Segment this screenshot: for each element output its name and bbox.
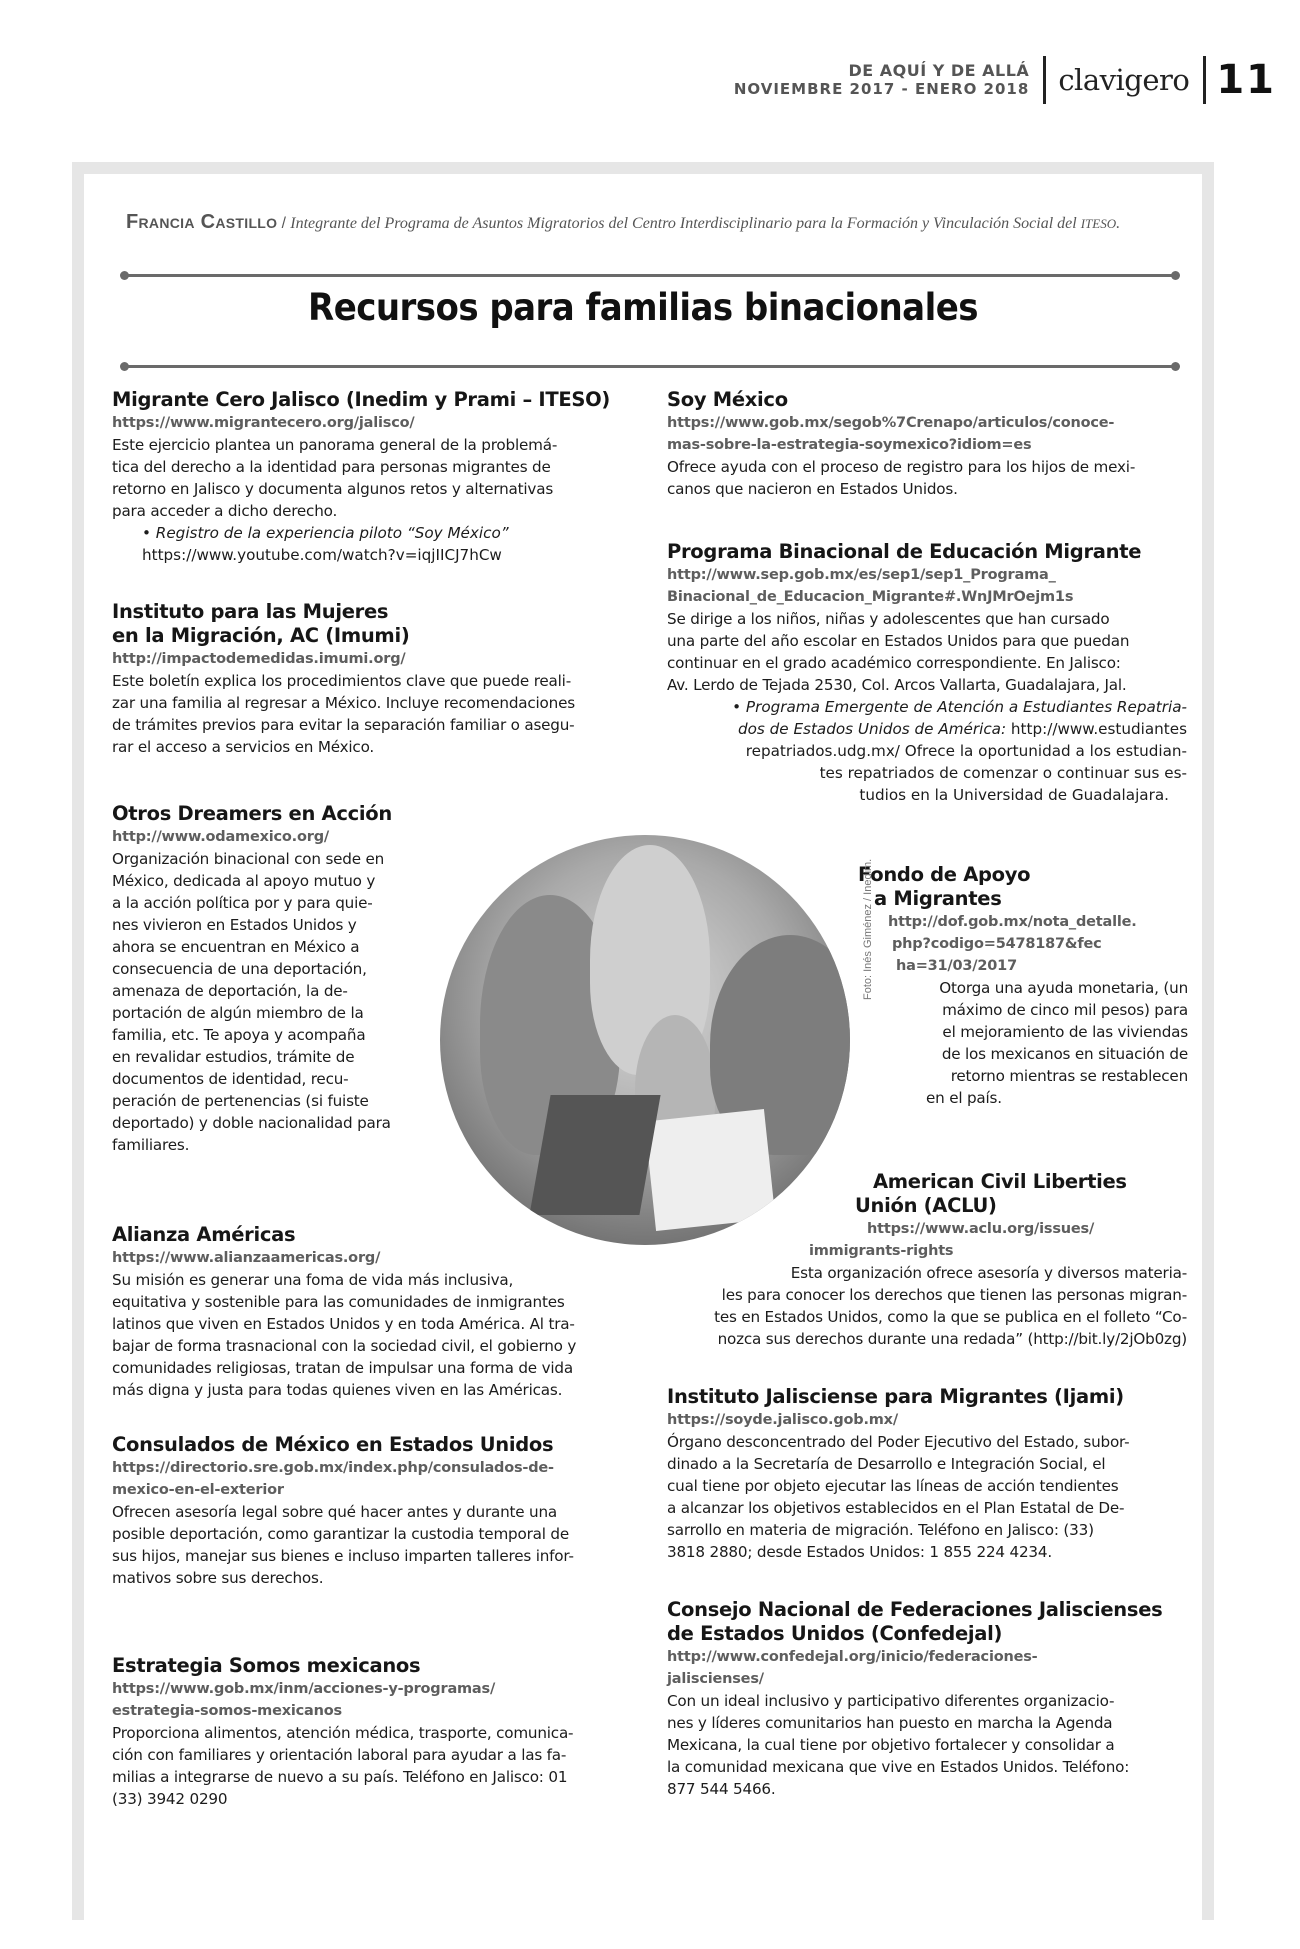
body-line: nes vivieron en Estados Unidos y bbox=[112, 914, 462, 936]
resource-link[interactable]: http://impactodemedidas.imumi.org/ bbox=[112, 648, 632, 670]
resource-description: Organización binacional con sede en Méxi… bbox=[112, 848, 462, 1156]
resource-title: Soy México bbox=[667, 388, 1187, 412]
byline: Francia Castillo / Integrante del Progra… bbox=[126, 212, 1176, 234]
body-line: sarrollo en materia de migración. Teléfo… bbox=[667, 1519, 1187, 1541]
body-line: 877 544 5466. bbox=[667, 1778, 1187, 1800]
body-line: Este boletín explica los procedimientos … bbox=[112, 670, 632, 692]
divider bbox=[1043, 56, 1046, 104]
body-line: ción con familiares y orientación labora… bbox=[112, 1744, 632, 1766]
resource-description: Se dirige a los niños, niñas y adolescen… bbox=[667, 608, 1187, 696]
body-line: 3818 2880; desde Estados Unidos: 1 855 2… bbox=[667, 1541, 1187, 1563]
body-line: Proporciona alimentos, atención médica, … bbox=[112, 1722, 632, 1744]
body-line: México, dedicada al apoyo mutuo y bbox=[112, 870, 462, 892]
circular-photo bbox=[440, 835, 850, 1245]
resource-bullet: • Registro de la experiencia piloto “Soy… bbox=[112, 522, 632, 566]
body-line: deportado) y doble nacionalidad para bbox=[112, 1112, 462, 1134]
bullet-link[interactable]: http://www.estudiantes bbox=[1006, 720, 1187, 738]
body-line: posible deportación, como garantizar la … bbox=[112, 1523, 632, 1545]
body-line: mativos sobre sus derechos. bbox=[112, 1567, 632, 1589]
bullet-label: • Programa Emergente de Atención a Estud… bbox=[732, 698, 1187, 716]
body-line: tes en Estados Unidos, como la que se pu… bbox=[667, 1306, 1187, 1328]
body-line: para acceder a dicho derecho. bbox=[112, 500, 632, 522]
body-line: rar el acceso a servicios en México. bbox=[112, 736, 632, 758]
resource-title: Fondo de Apoyo a Migrantes bbox=[858, 863, 1188, 911]
divider bbox=[1203, 56, 1206, 104]
author-name: Francia Castillo bbox=[126, 211, 277, 233]
resource-link[interactable]: https://soyde.jalisco.gob.mx/ bbox=[667, 1409, 1187, 1431]
resource-entry: Consejo Nacional de Federaciones Jalisci… bbox=[667, 1598, 1187, 1800]
resource-link-cont[interactable]: jaliscienses/ bbox=[667, 1668, 1187, 1690]
resource-description: Esta organización ofrece asesoría y dive… bbox=[667, 1262, 1187, 1350]
photo-paper bbox=[645, 1109, 776, 1231]
body-line: peración de pertenencias (si fuiste bbox=[112, 1090, 462, 1112]
title-rule bbox=[124, 365, 1176, 368]
body-line: ahora se encuentran en México a bbox=[112, 936, 462, 958]
resource-link-cont[interactable]: Binacional_de_Educacion_Migrante#.WnJMrO… bbox=[667, 586, 1187, 608]
body-line: Ofrecen asesoría legal sobre qué hacer a… bbox=[112, 1501, 632, 1523]
body-line: a la acción política por y para quie- bbox=[112, 892, 462, 914]
resource-entry: Instituto Jalisciense para Migrantes (Ij… bbox=[667, 1385, 1187, 1563]
bullet-label: • Registro de la experiencia piloto “Soy… bbox=[142, 524, 509, 542]
resource-entry: Migrante Cero Jalisco (Inedim y Prami – … bbox=[112, 388, 632, 566]
resource-entry: Estrategia Somos mexicanos https://www.g… bbox=[112, 1654, 632, 1810]
body-line: Organización binacional con sede en bbox=[112, 848, 462, 870]
body-line: dinado a la Secretaría de Desarrollo e I… bbox=[667, 1453, 1187, 1475]
body-line: la comunidad mexicana que vive en Estado… bbox=[667, 1756, 1187, 1778]
resource-title: Consulados de México en Estados Unidos bbox=[112, 1433, 632, 1457]
body-line: (33) 3942 0290 bbox=[112, 1788, 632, 1810]
body-line: tica del derecho a la identidad para per… bbox=[112, 456, 632, 478]
body-line: más digna y justa para todas quienes viv… bbox=[112, 1379, 632, 1401]
resource-bullet: • Programa Emergente de Atención a Estud… bbox=[667, 696, 1187, 806]
resource-link[interactable]: http://dof.gob.mx/nota_detalle. bbox=[858, 911, 1188, 933]
author-role: Integrante del Programa de Asuntos Migra… bbox=[290, 215, 1080, 232]
resource-title: Otros Dreamers en Acción bbox=[112, 802, 462, 826]
body-line: el mejoramiento de las viviendas bbox=[858, 1021, 1188, 1043]
resource-link[interactable]: http://www.odamexico.org/ bbox=[112, 826, 462, 848]
section-name: DE AQUÍ Y DE ALLÁ bbox=[734, 61, 1029, 80]
resource-title: Instituto Jalisciense para Migrantes (Ij… bbox=[667, 1385, 1187, 1409]
body-line: Ofrece ayuda con el proceso de registro … bbox=[667, 456, 1187, 478]
body-line: Av. Lerdo de Tejada 2530, Col. Arcos Val… bbox=[667, 674, 1187, 696]
photo-credit: Foto: Inés Giménez / Inedim. bbox=[862, 859, 874, 1000]
byline-separator: / bbox=[277, 215, 290, 232]
body-line: Órgano desconcentrado del Poder Ejecutiv… bbox=[667, 1431, 1187, 1453]
resource-link-cont[interactable]: mexico-en-el-exterior bbox=[112, 1479, 632, 1501]
resource-description: Este boletín explica los procedimientos … bbox=[112, 670, 632, 758]
bullet-link[interactable]: https://www.youtube.com/watch?v=iqjIICJ7… bbox=[142, 544, 632, 566]
title-line: a Migrantes bbox=[858, 887, 1188, 911]
body-line: Este ejercicio plantea un panorama gener… bbox=[112, 434, 632, 456]
body-line: bajar de forma trasnacional con la socie… bbox=[112, 1335, 632, 1357]
body-line: milias a integrarse de nuevo a su país. … bbox=[112, 1766, 632, 1788]
body-line: en el país. bbox=[858, 1087, 1188, 1109]
resource-link[interactable]: https://www.gob.mx/segob%7Crenapo/articu… bbox=[667, 412, 1187, 434]
photo-laptop bbox=[529, 1095, 660, 1215]
resource-link-cont[interactable]: php?codigo=5478187&fec bbox=[858, 933, 1188, 955]
body-line: cual tiene por objeto ejecutar las línea… bbox=[667, 1475, 1187, 1497]
bullet-text: repatriados.udg.mx/ Ofrece la oportunida… bbox=[667, 740, 1187, 762]
publication-logo: clavigero bbox=[1058, 63, 1189, 97]
body-line: nozca sus derechos durante una redada” (… bbox=[667, 1328, 1187, 1350]
body-line: canos que nacieron en Estados Unidos. bbox=[667, 478, 1187, 500]
body-line: en revalidar estudios, trámite de bbox=[112, 1046, 462, 1068]
body-line: continuar en el grado académico correspo… bbox=[667, 652, 1187, 674]
resource-entry: Consulados de México en Estados Unidos h… bbox=[112, 1433, 632, 1589]
resource-link-cont[interactable]: estrategia-somos-mexicanos bbox=[112, 1700, 632, 1722]
body-line: retorno en Jalisco y documenta algunos r… bbox=[112, 478, 632, 500]
resource-link[interactable]: https://www.alianzaamericas.org/ bbox=[112, 1247, 632, 1269]
resource-description: Órgano desconcentrado del Poder Ejecutiv… bbox=[667, 1431, 1187, 1563]
bullet-label: dos de Estados Unidos de América: bbox=[738, 720, 1006, 738]
resource-title: Alianza Américas bbox=[112, 1223, 632, 1247]
resource-link[interactable]: http://www.sep.gob.mx/es/sep1/sep1_Progr… bbox=[667, 564, 1187, 586]
resource-entry: Instituto para las Mujeres en la Migraci… bbox=[112, 600, 632, 758]
body-line: latinos que viven en Estados Unidos y en… bbox=[112, 1313, 632, 1335]
body-line: de los mexicanos en situación de bbox=[858, 1043, 1188, 1065]
resource-title: Estrategia Somos mexicanos bbox=[112, 1654, 632, 1678]
bullet-text: tudios en la Universidad de Guadalajara. bbox=[667, 784, 1187, 806]
bullet-text: tes repatriados de comenzar o continuar … bbox=[667, 762, 1187, 784]
author-org: ITESO bbox=[1081, 216, 1116, 231]
top-rule bbox=[124, 274, 1176, 277]
body-line: consecuencia de una deportación, bbox=[112, 958, 462, 980]
resource-link[interactable]: http://www.confedejal.org/inicio/federac… bbox=[667, 1646, 1187, 1668]
body-line: Con un ideal inclusivo y participativo d… bbox=[667, 1690, 1187, 1712]
resource-description: Otorga una ayuda monetaria, (un máximo d… bbox=[858, 977, 1188, 1109]
resource-description: Proporciona alimentos, atención médica, … bbox=[112, 1722, 632, 1810]
body-line: a alcanzar los objetivos establecidos en… bbox=[667, 1497, 1187, 1519]
body-line: Se dirige a los niños, niñas y adolescen… bbox=[667, 608, 1187, 630]
body-line: retorno mientras se restablecen bbox=[858, 1065, 1188, 1087]
resource-entry: Programa Binacional de Educación Migrant… bbox=[667, 540, 1187, 806]
issue-date: NOVIEMBRE 2017 - ENERO 2018 bbox=[734, 80, 1029, 99]
body-line: Mexicana, la cual tiene por objetivo for… bbox=[667, 1734, 1187, 1756]
article-title: Recursos para familias binacionales bbox=[129, 286, 1158, 329]
resource-link-cont[interactable]: ha=31/03/2017 bbox=[858, 955, 1188, 977]
title-line: de Estados Unidos (Confedejal) bbox=[667, 1622, 1187, 1646]
resource-link[interactable]: https://www.gob.mx/inm/acciones-y-progra… bbox=[112, 1678, 632, 1700]
body-line: de trámites previos para evitar la separ… bbox=[112, 714, 632, 736]
body-line: nes y líderes comunitarios han puesto en… bbox=[667, 1712, 1187, 1734]
resource-description: Con un ideal inclusivo y participativo d… bbox=[667, 1690, 1187, 1800]
body-line: comunidades religiosas, tratan de impuls… bbox=[112, 1357, 632, 1379]
resource-link-cont[interactable]: mas-sobre-la-estrategia-soymexico?idiom=… bbox=[667, 434, 1187, 456]
resource-entry: Soy México https://www.gob.mx/segob%7Cre… bbox=[667, 388, 1187, 500]
resource-link[interactable]: https://www.migrantecero.org/jalisco/ bbox=[112, 412, 632, 434]
byline-end: . bbox=[1116, 215, 1120, 232]
resource-description: Su misión es generar una foma de vida má… bbox=[112, 1269, 632, 1401]
resource-description: Este ejercicio plantea un panorama gener… bbox=[112, 434, 632, 522]
body-line: máximo de cinco mil pesos) para bbox=[858, 999, 1188, 1021]
body-line: les para conocer los derechos que tienen… bbox=[667, 1284, 1187, 1306]
body-line: Otorga una ayuda monetaria, (un bbox=[858, 977, 1188, 999]
masthead-text: DE AQUÍ Y DE ALLÁ NOVIEMBRE 2017 - ENERO… bbox=[734, 61, 1029, 99]
resource-title: Consejo Nacional de Federaciones Jalisci… bbox=[667, 1598, 1187, 1646]
title-line: Consejo Nacional de Federaciones Jalisci… bbox=[667, 1598, 1187, 1622]
resource-link[interactable]: https://directorio.sre.gob.mx/index.php/… bbox=[112, 1457, 632, 1479]
resource-title: Migrante Cero Jalisco (Inedim y Prami – … bbox=[112, 388, 632, 412]
title-line: en la Migración, AC (Imumi) bbox=[112, 624, 632, 648]
masthead: DE AQUÍ Y DE ALLÁ NOVIEMBRE 2017 - ENERO… bbox=[734, 52, 1276, 108]
body-line: portación de algún miembro de la bbox=[112, 1002, 462, 1024]
body-line: una parte del año escolar en Estados Uni… bbox=[667, 630, 1187, 652]
title-line: Fondo de Apoyo bbox=[858, 863, 1188, 887]
resource-description: Ofrecen asesoría legal sobre qué hacer a… bbox=[112, 1501, 632, 1589]
body-line: Esta organización ofrece asesoría y dive… bbox=[667, 1262, 1187, 1284]
body-line: Su misión es generar una foma de vida má… bbox=[112, 1269, 632, 1291]
body-line: amenaza de deportación, la de- bbox=[112, 980, 462, 1002]
resource-description: Ofrece ayuda con el proceso de registro … bbox=[667, 456, 1187, 500]
title-line: Instituto para las Mujeres bbox=[112, 600, 632, 624]
body-line: documentos de identidad, recu- bbox=[112, 1068, 462, 1090]
page-number: 11 bbox=[1216, 57, 1276, 103]
body-line: familia, etc. Te apoya y acompaña bbox=[112, 1024, 462, 1046]
resource-title: Instituto para las Mujeres en la Migraci… bbox=[112, 600, 632, 648]
resource-entry: Fondo de Apoyo a Migrantes http://dof.go… bbox=[858, 863, 1188, 1109]
resource-link-cont[interactable]: immigrants-rights bbox=[667, 1240, 1187, 1262]
body-line: equitativa y sostenible para las comunid… bbox=[112, 1291, 632, 1313]
resource-entry: Otros Dreamers en Acción http://www.odam… bbox=[112, 802, 462, 1156]
resource-title: Programa Binacional de Educación Migrant… bbox=[667, 540, 1187, 564]
resource-entry: Alianza Américas https://www.alianzaamer… bbox=[112, 1223, 632, 1401]
body-line: familiares. bbox=[112, 1134, 462, 1156]
body-line: zar una familia al regresar a México. In… bbox=[112, 692, 632, 714]
body-line: sus hijos, manejar sus bienes e incluso … bbox=[112, 1545, 632, 1567]
